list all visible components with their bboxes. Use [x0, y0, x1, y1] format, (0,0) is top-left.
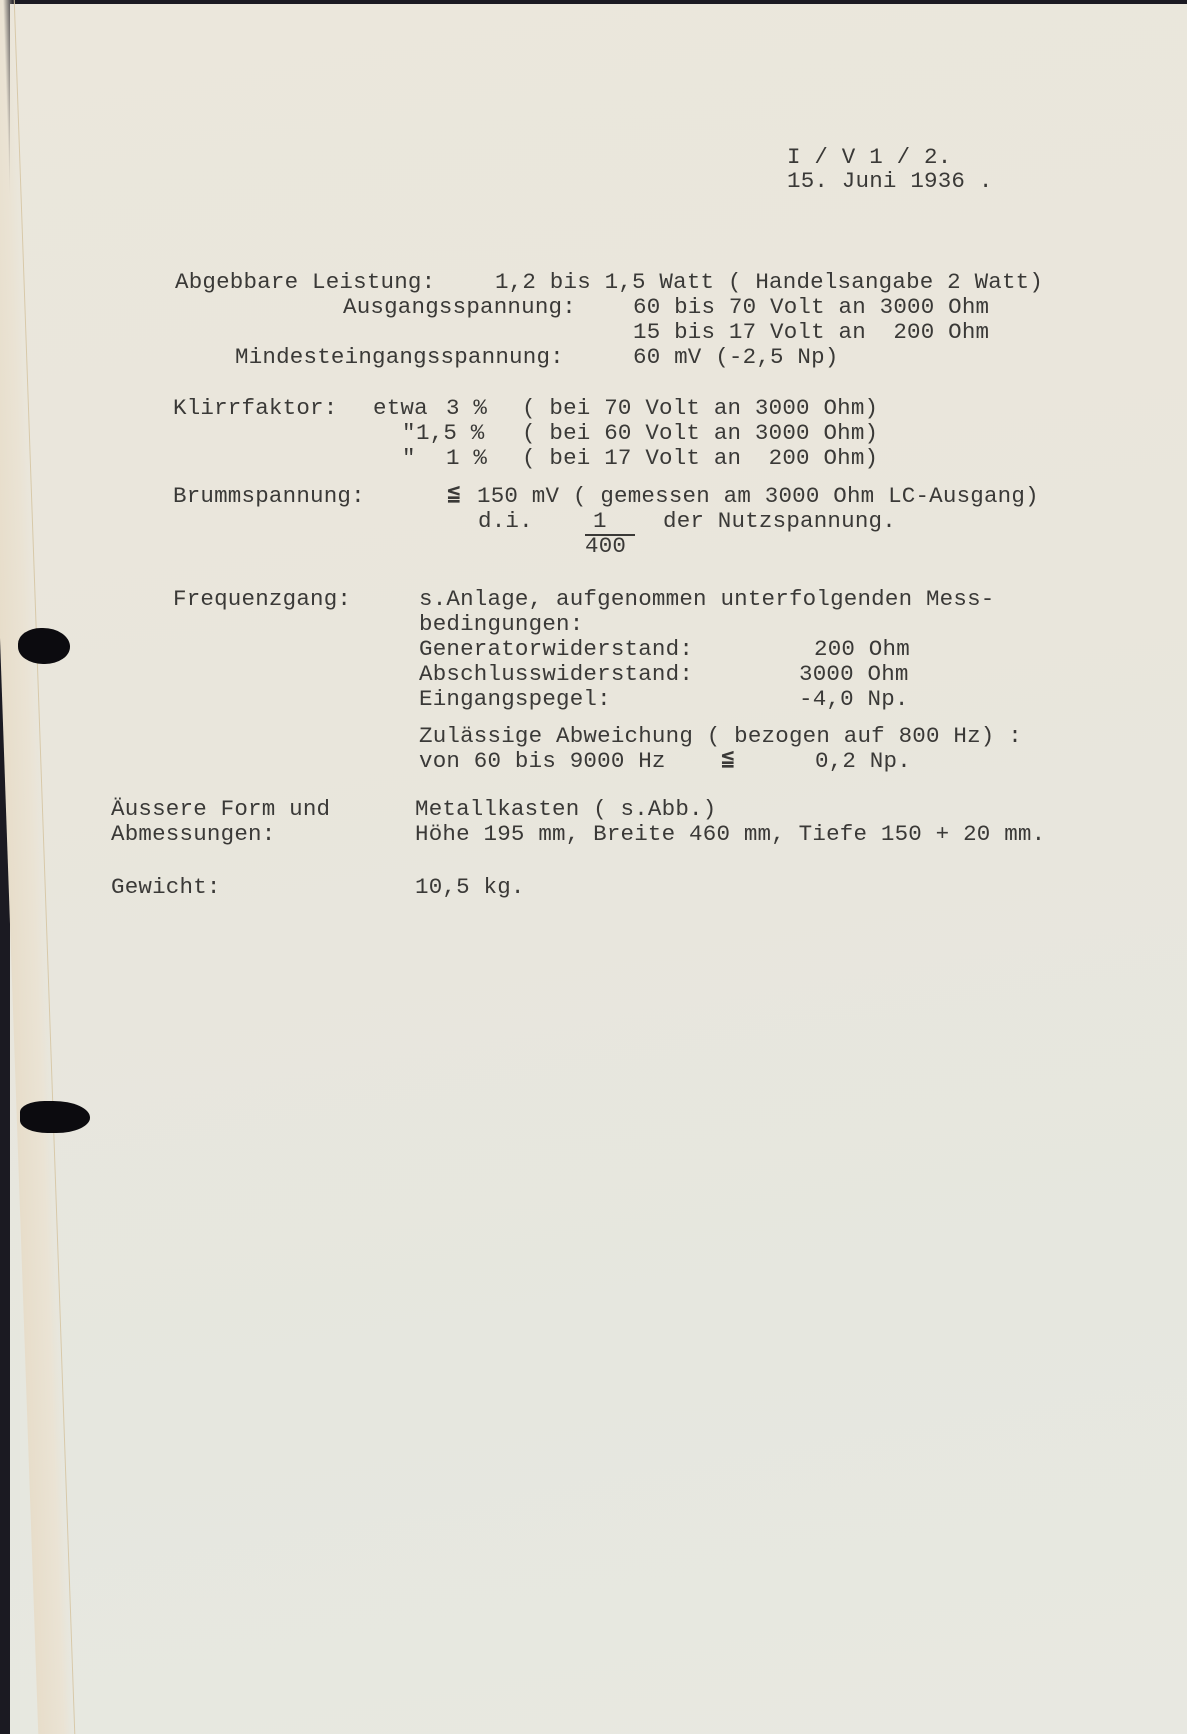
punch-hole-top [18, 628, 70, 664]
klirr-cond-2: ( bei 60 Volt an 3000 Ohm) [522, 421, 878, 446]
abschluss-label: Abschlusswiderstand: [419, 662, 693, 687]
eingang-value: -4,0 Np. [799, 687, 909, 712]
klirr-value-1: 3 % [446, 396, 487, 421]
deviation-range: von 60 bis 9000 Hz [419, 749, 666, 774]
brumm-value: 150 mV ( gemessen am 3000 Ohm LC-Ausgang… [477, 484, 1039, 509]
form-label-1: Äussere Form und [111, 797, 330, 822]
generator-label: Generatorwiderstand: [419, 637, 693, 662]
brumm-suffix: der Nutzspannung. [663, 509, 896, 534]
klirr-value-3: 1 % [446, 446, 487, 471]
klirr-value-2: 1,5 % [416, 421, 485, 446]
document-date: 15. Juni 1936 . [787, 169, 993, 194]
less-equal-symbol: ≦ [447, 482, 461, 507]
mindest-label: Mindesteingangsspannung: [235, 345, 564, 370]
document-reference: I / V 1 / 2. [787, 145, 951, 170]
klirr-cond-1: ( bei 70 Volt an 3000 Ohm) [522, 396, 878, 421]
klirr-prefix-1: etwa [373, 396, 428, 421]
generator-value: 200 Ohm [814, 637, 910, 662]
brumm-di: d.i. [478, 509, 533, 534]
leistung-label: Abgebbare Leistung: [175, 270, 435, 295]
frequenz-label: Frequenzgang: [173, 587, 351, 612]
mindest-value: 60 mV (-2,5 Np) [633, 345, 839, 370]
klirr-label: Klirrfaktor: [173, 396, 337, 421]
klirr-prefix-3: " [402, 446, 416, 471]
ausgang-label: Ausgangsspannung: [343, 295, 576, 320]
form-value-2: Höhe 195 mm, Breite 460 mm, Tiefe 150 + … [415, 822, 1045, 847]
punch-hole-bottom [20, 1101, 90, 1133]
ausgang-line-1: 60 bis 70 Volt an 3000 Ohm [633, 295, 989, 320]
brumm-numerator: 1 [593, 509, 607, 534]
less-equal-symbol-2: ≦ [721, 747, 735, 772]
eingang-label: Eingangspegel: [419, 687, 611, 712]
brumm-denominator: 400 [585, 534, 626, 559]
ausgang-line-2: 15 bis 17 Volt an 200 Ohm [633, 320, 989, 345]
frequenz-intro-2: bedingungen: [419, 612, 583, 637]
gewicht-label: Gewicht: [111, 875, 221, 900]
abschluss-value: 3000 Ohm [799, 662, 909, 687]
klirr-cond-3: ( bei 17 Volt an 200 Ohm) [522, 446, 878, 471]
frequenz-intro-1: s.Anlage, aufgenommen unterfolgenden Mes… [419, 587, 995, 612]
gewicht-value: 10,5 kg. [415, 875, 525, 900]
brumm-label: Brummspannung: [173, 484, 365, 509]
form-label-2: Abmessungen: [111, 822, 275, 847]
form-value-1: Metallkasten ( s.Abb.) [415, 797, 716, 822]
deviation-value: 0,2 Np. [815, 749, 911, 774]
klirr-prefix-2: " [402, 421, 416, 446]
leistung-value: 1,2 bis 1,5 Watt ( Handelsangabe 2 Watt) [495, 270, 1043, 295]
paper-sheet [10, 4, 1187, 1734]
